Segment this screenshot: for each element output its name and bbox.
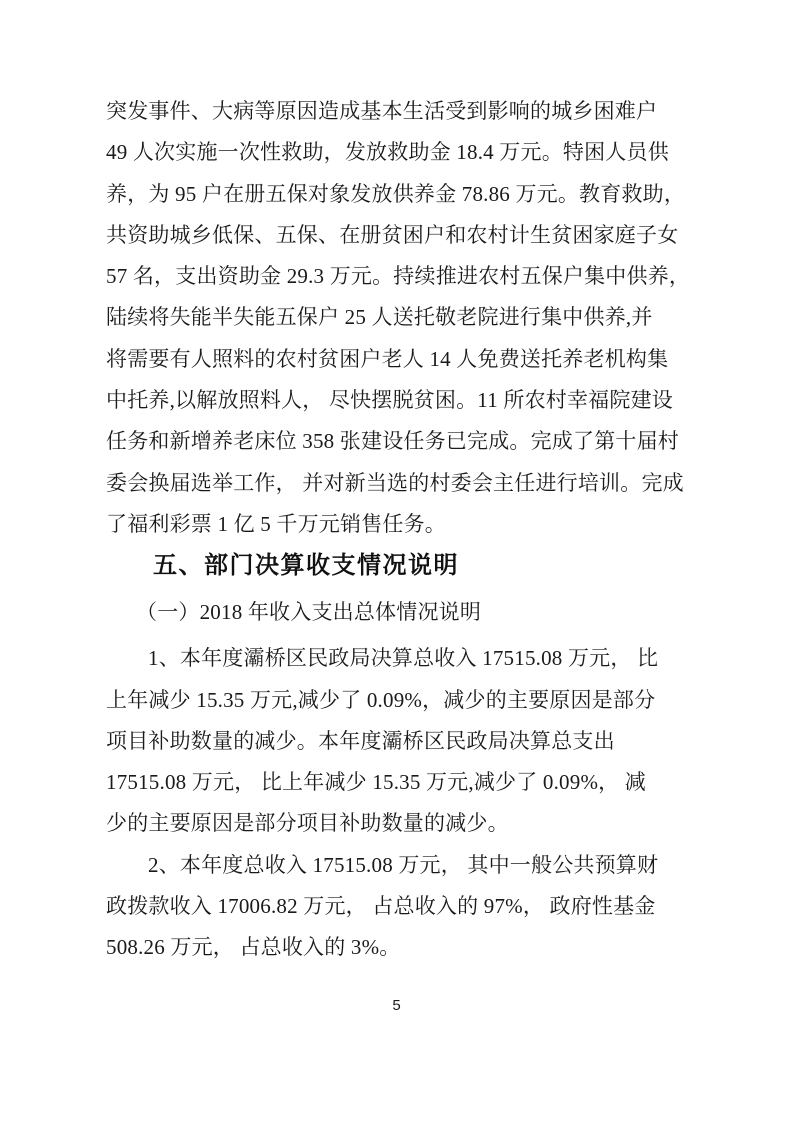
paragraph1-line: 57 名，支出资助金 29.3 万元。持续推进农村五保户集中供养， [106,256,688,297]
paragraph2-line: 1、本年度灞桥区民政局决算总收入 17515.08 万元， 比 [106,638,688,679]
paragraph2-line: 上年减少 15.35 万元,减少了 0.09%，减少的主要原因是部分 [106,680,688,721]
paragraph1-line: 任务和新增养老床位 358 张建设任务已完成。完成了第十届村 [106,421,688,462]
paragraph3-line: 2、本年度总收入 17515.08 万元， 其中一般公共预算财 [106,845,688,886]
paragraph1-line: 陆续将失能半失能五保户 25 人送托敬老院进行集中供养,并 [106,297,688,338]
paragraph2-line: 项目补助数量的减少。本年度灞桥区民政局决算总支出 [106,721,688,762]
text-block: 突发事件、大病等原因造成基本生活受到影响的城乡困难户 49 人次实施一次性救助，… [106,91,688,969]
paragraph1-line: 了福利彩票 1 亿 5 千万元销售任务。 [106,504,688,545]
page-number: 5 [0,996,793,1016]
section-heading: 五、部门决算收支情况说明 [106,542,688,589]
paragraph3-line: 政拨款收入 17006.82 万元， 占总收入的 97%， 政府性基金 [106,886,688,927]
paragraph2-line: 17515.08 万元， 比上年减少 15.35 万元,减少了 0.09%， 减 [106,762,688,803]
paragraph1-line: 共资助城乡低保、五保、在册贫困户和农村计生贫困家庭子女 [106,215,688,256]
sub-heading: （一）2018 年收入支出总体情况说明 [106,589,688,636]
paragraph1-line: 中托养,以解放照料人， 尽快摆脱贫困。11 所农村幸福院建设 [106,380,688,421]
paragraph1-line: 49 人次实施一次性救助，发放救助金 18.4 万元。特困人员供 [106,132,688,173]
paragraph1-line: 突发事件、大病等原因造成基本生活受到影响的城乡困难户 [106,91,688,132]
document-page: 突发事件、大病等原因造成基本生活受到影响的城乡困难户 49 人次实施一次性救助，… [0,0,793,1122]
paragraph1-line: 委会换届选举工作， 并对新当选的村委会主任进行培训。完成 [106,463,688,504]
paragraph3-line: 508.26 万元， 占总收入的 3%。 [106,927,688,968]
paragraph1-line: 将需要有人照料的农村贫困户老人 14 人免费送托养老机构集 [106,339,688,380]
paragraph2-line: 少的主要原因是部分项目补助数量的减少。 [106,803,688,844]
paragraph1-line: 养，为 95 户在册五保对象发放供养金 78.86 万元。教育救助， [106,174,688,215]
